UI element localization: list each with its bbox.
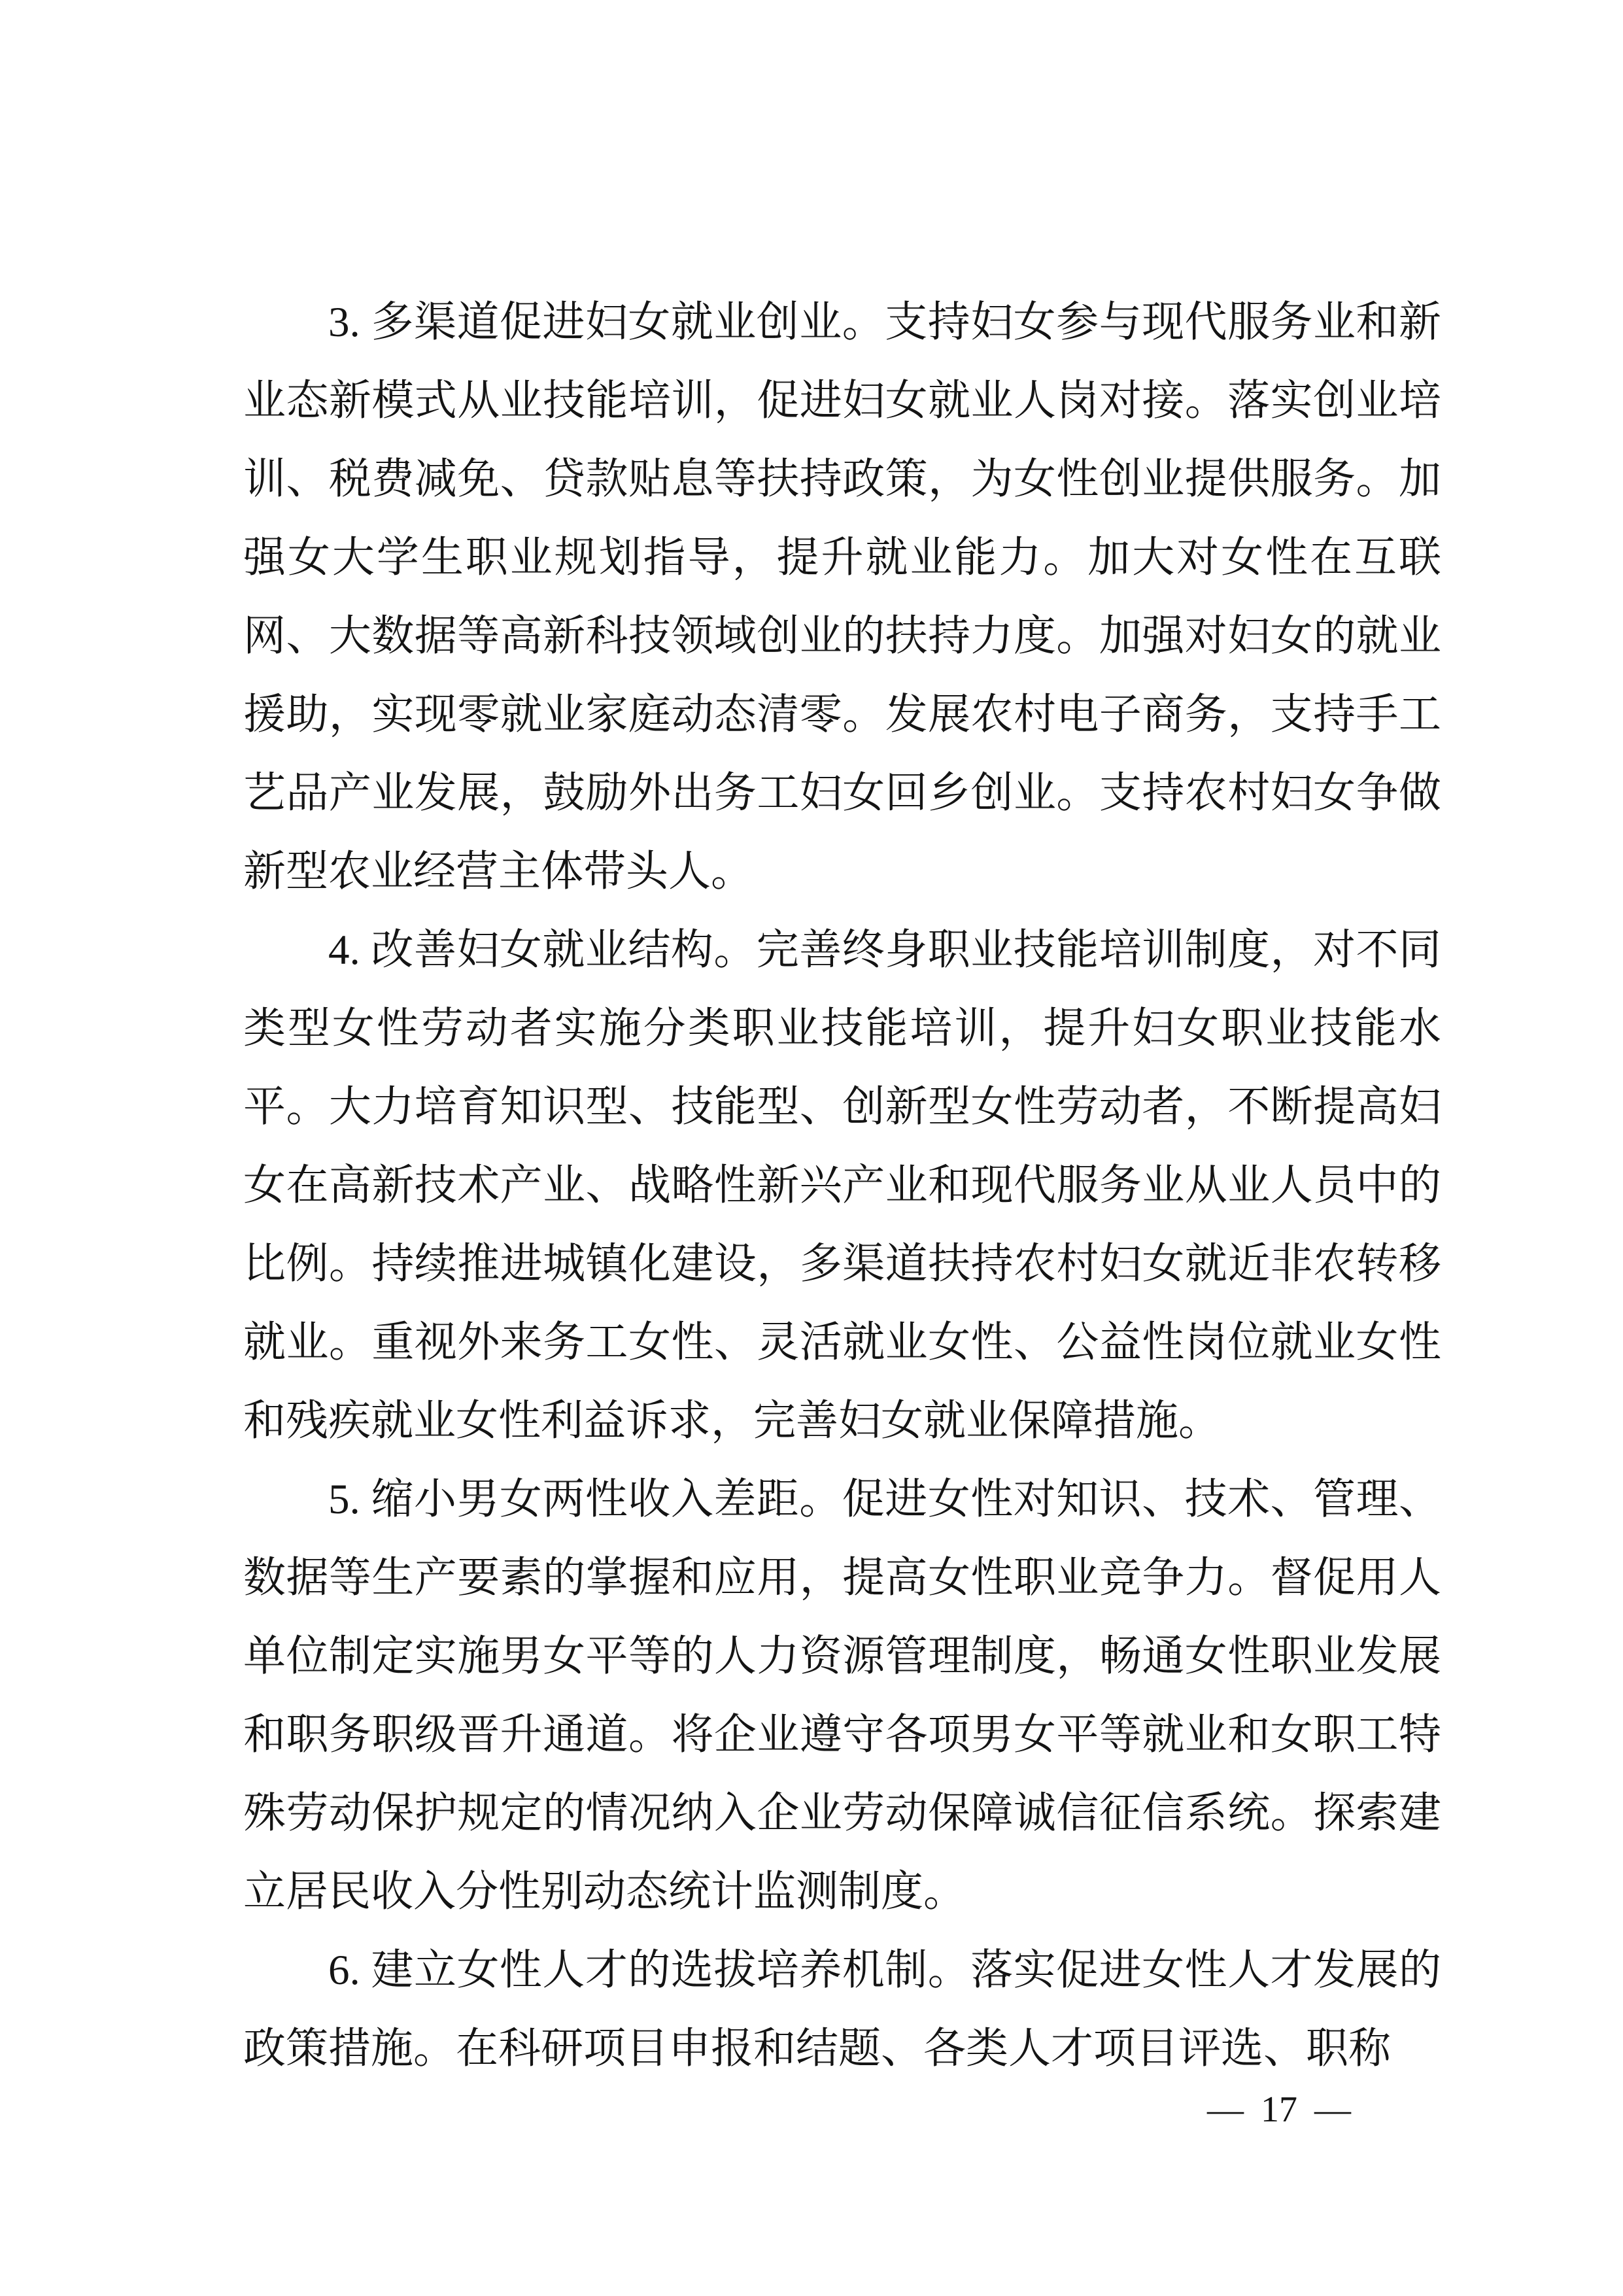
body-paragraph-5: 5. 缩小男女两性收入差距。促进女性对知识、技术、管理、数据等生产要素的掌握和应… [243,1460,1441,1931]
footer-dash-left: — [1207,2090,1244,2129]
page-number: 17 [1261,2090,1297,2129]
body-paragraph-3: 3. 多渠道促进妇女就业创业。支持妇女参与现代服务业和新业态新模式从业技能培训，… [243,283,1441,911]
document-page: 3. 多渠道促进妇女就业创业。支持妇女参与现代服务业和新业态新模式从业技能培训，… [0,0,1623,2296]
body-paragraph-6: 6. 建立女性人才的选拔培养机制。落实促进女性人才发展的政策措施。在科研项目申报… [243,1931,1441,2088]
footer-dash-right: — [1314,2090,1351,2129]
body-paragraph-4: 4. 改善妇女就业结构。完善终身职业技能培训制度，对不同类型女性劳动者实施分类职… [243,911,1441,1460]
page-footer: —17— [1207,2090,1351,2129]
document-body: 3. 多渠道促进妇女就业创业。支持妇女参与现代服务业和新业态新模式从业技能培训，… [243,283,1441,2088]
